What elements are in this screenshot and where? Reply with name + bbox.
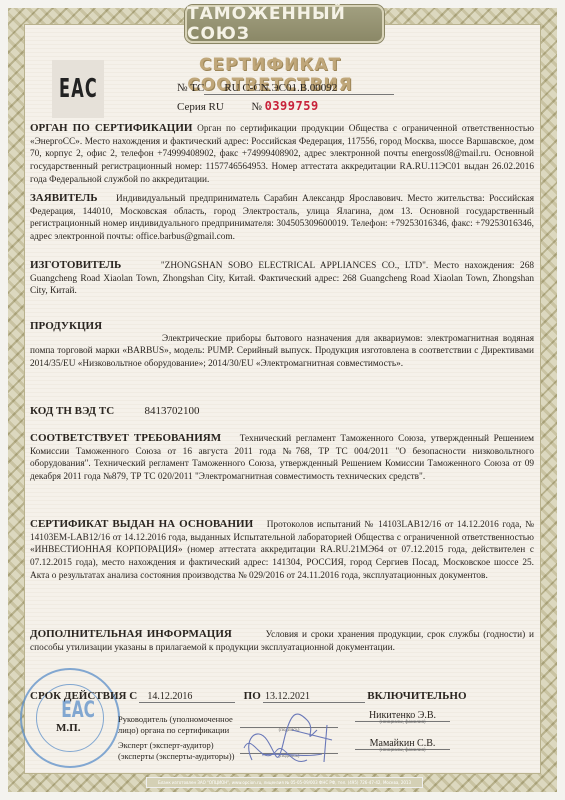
section-heading: ЗАЯВИТЕЛЬ (30, 192, 98, 204)
section-heading: КОД ТН ВЭД ТС (30, 405, 114, 417)
section-manufacturer: ИЗГОТОВИТЕЛЬ "ZHONGSHAN SOBO ELECTRICAL … (30, 259, 534, 298)
number-label: № ТС (177, 82, 204, 94)
eac-logo-icon: EAC (58, 74, 97, 104)
section-hs-code: КОД ТН ВЭД ТС 8413702100 (30, 405, 534, 419)
section-product: ПРОДУКЦИЯ Электрические приборы бытового… (30, 320, 534, 371)
section-additional-info: ДОПОЛНИТЕЛЬНАЯ ИНФОРМАЦИЯ Условия и срок… (30, 628, 534, 654)
section-heading: ОРГАН ПО СЕРТИФИКАЦИИ (30, 122, 192, 134)
section-certification-body: ОРГАН ПО СЕРТИФИКАЦИИ Орган по сертифика… (30, 122, 534, 187)
certificate-number: № ТСRU C-CN.ЭС01.B.00092 (177, 82, 394, 95)
series-no-label: № (251, 101, 262, 113)
section-heading: ИЗГОТОВИТЕЛЬ (30, 259, 121, 271)
eac-mark: EAC (52, 60, 104, 118)
blank-serial-number: 0399759 (265, 99, 319, 113)
certification-body-stamp: EAC (20, 668, 120, 768)
section-heading: СООТВЕТСТВУЕТ ТРЕБОВАНИЯМ (30, 432, 221, 444)
section-heading: СЕРТИФИКАТ ВЫДАН НА ОСНОВАНИИ (30, 518, 253, 530)
section-requirements: СООТВЕТСТВУЕТ ТРЕБОВАНИЯМ Технический ре… (30, 432, 534, 484)
section-heading: ДОПОЛНИТЕЛЬНАЯ ИНФОРМАЦИЯ (30, 628, 232, 640)
expert-name-block: Мамайкин С.В. (инициалы, фамилия) (355, 738, 450, 753)
head-of-body-label: Руководитель (уполномоченное лицо) орган… (118, 714, 233, 736)
validity-suffix: ВКЛЮЧИТЕЛЬНО (367, 690, 466, 702)
customs-union-title: ТАМОЖЕННЫЙ СОЮЗ (187, 4, 382, 44)
section-text: Электрические приборы бытового назначени… (30, 334, 534, 369)
handwritten-signature-icon (222, 700, 342, 772)
seal-place-label: М.П. (56, 722, 80, 734)
validity-from-date: 14.12.2016 (139, 691, 235, 703)
section-heading: ПРОДУКЦИЯ (30, 320, 534, 333)
section-applicant: ЗАЯВИТЕЛЬ Индивидуальный предприниматель… (30, 192, 534, 244)
head-name-block: Никитенко Э.В. (инициалы, фамилия) (355, 710, 450, 725)
section-text: Индивидуальный предприниматель Сарабин А… (30, 194, 534, 242)
series-number: Серия RU № 0399759 (177, 99, 319, 113)
number-value: RU C-CN.ЭС01.B.00092 (204, 82, 394, 95)
hs-code-value: 8413702100 (144, 405, 199, 417)
section-basis: СЕРТИФИКАТ ВЫДАН НА ОСНОВАНИИ Протоколов… (30, 518, 534, 583)
customs-union-badge: ТАМОЖЕННЫЙ СОЮЗ (185, 5, 384, 43)
series-label: Серия RU (177, 101, 224, 113)
validity-from-label: СРОК ДЕЙСТВИЯ С (30, 690, 137, 702)
blank-printer-note: Бланк изготовлен ЗАО "ОПЦИОН", www.opcio… (146, 777, 423, 788)
